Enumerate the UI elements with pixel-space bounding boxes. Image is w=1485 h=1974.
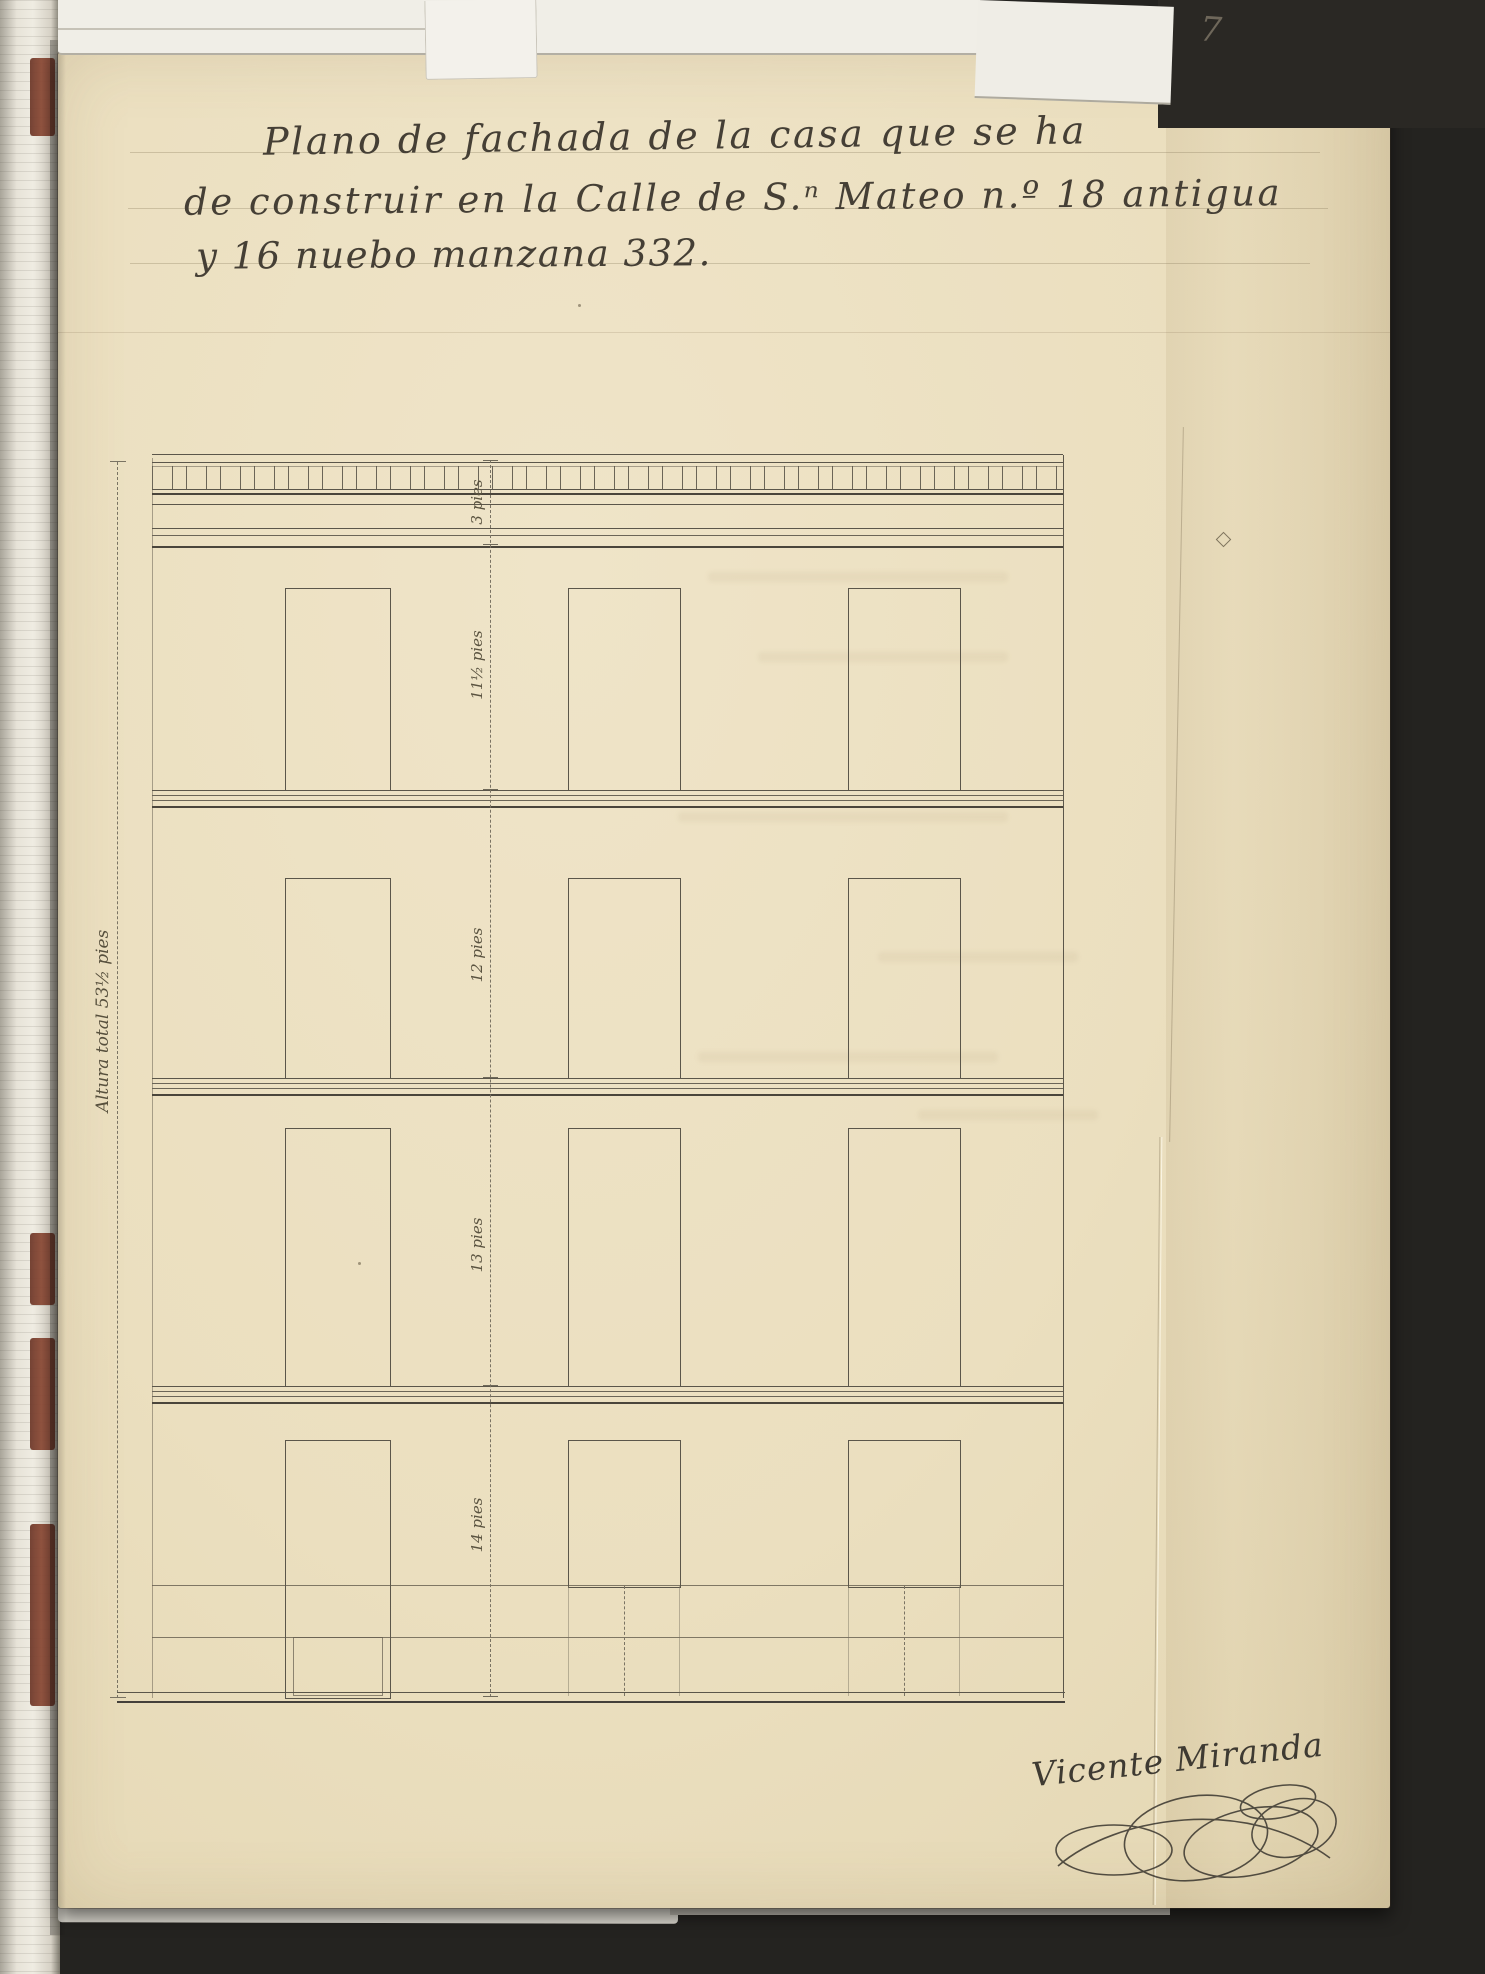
spine-shadow — [50, 40, 66, 1935]
paper-edge-top-right — [975, 0, 1174, 105]
floor-band — [152, 790, 1063, 808]
ink-showthrough — [678, 812, 1008, 822]
window — [285, 878, 391, 1079]
facade-right-edge — [1063, 455, 1064, 1698]
total-height-label: Altura total 53½ pies — [92, 872, 114, 1170]
ink-showthrough — [918, 1110, 1098, 1120]
paper-speck — [578, 304, 581, 307]
window — [285, 1128, 391, 1387]
window — [568, 878, 681, 1079]
dimension-label: 13 pies — [469, 1200, 485, 1290]
window — [568, 588, 681, 791]
cornice-dentil-row — [152, 466, 1063, 490]
paper-tab — [424, 0, 537, 80]
base-line — [117, 1692, 1065, 1703]
jamb-projection-line — [679, 1586, 680, 1696]
dimension-tick — [483, 544, 498, 545]
dimension-label: 12 pies — [469, 910, 485, 1000]
jamb-projection-line — [568, 1586, 569, 1696]
signature-flourish — [1046, 1770, 1338, 1892]
page-number: 7 — [1199, 9, 1223, 50]
dimension-tick — [110, 461, 126, 462]
window — [848, 1440, 961, 1588]
door-lower-panel — [293, 1637, 383, 1696]
drawing-sheet: Plano de fachada de la casa que se ha de… — [58, 52, 1390, 1908]
dimension-label: 11½ pies — [469, 620, 485, 710]
cornice-architrave-band — [152, 528, 1063, 548]
dimension-tick — [483, 1385, 498, 1386]
backdrop-corner: 7 — [1158, 0, 1485, 128]
ink-showthrough — [708, 572, 1008, 582]
window — [848, 878, 961, 1079]
window — [285, 588, 391, 791]
window — [848, 1128, 961, 1387]
window — [848, 588, 961, 791]
dimension-tick — [483, 789, 498, 790]
title-line-3: y 16 nuebo manzana 332. — [196, 231, 712, 278]
window — [568, 1440, 681, 1588]
cornice-shelf — [152, 493, 1063, 505]
window-axis-dashed-line — [624, 1586, 625, 1696]
dimension-tick — [483, 1696, 498, 1697]
dimension-label: 3 pies — [469, 457, 485, 547]
floor-band — [152, 1386, 1063, 1404]
dimension-label: 14 pies — [469, 1480, 485, 1570]
window — [568, 1128, 681, 1387]
dimension-tick — [483, 460, 498, 461]
jamb-projection-line — [959, 1586, 960, 1696]
dimension-tick — [483, 1077, 498, 1078]
cornice-top-lines — [152, 454, 1063, 463]
jamb-projection-line — [848, 1586, 849, 1696]
title-line-2: de construir en la Calle de S.ⁿ Mateo n.… — [184, 171, 1282, 224]
floor-dimension-line — [490, 460, 491, 1697]
floor-band — [152, 1078, 1063, 1096]
sheet-fold-area — [1166, 52, 1390, 1908]
title-line-1: Plano de fachada de la casa que se ha — [263, 108, 1087, 163]
paper-edge-line — [58, 28, 438, 30]
total-height-dimension-line — [117, 462, 118, 1698]
horizontal-crease — [58, 332, 1390, 333]
window-axis-dashed-line — [904, 1586, 905, 1696]
